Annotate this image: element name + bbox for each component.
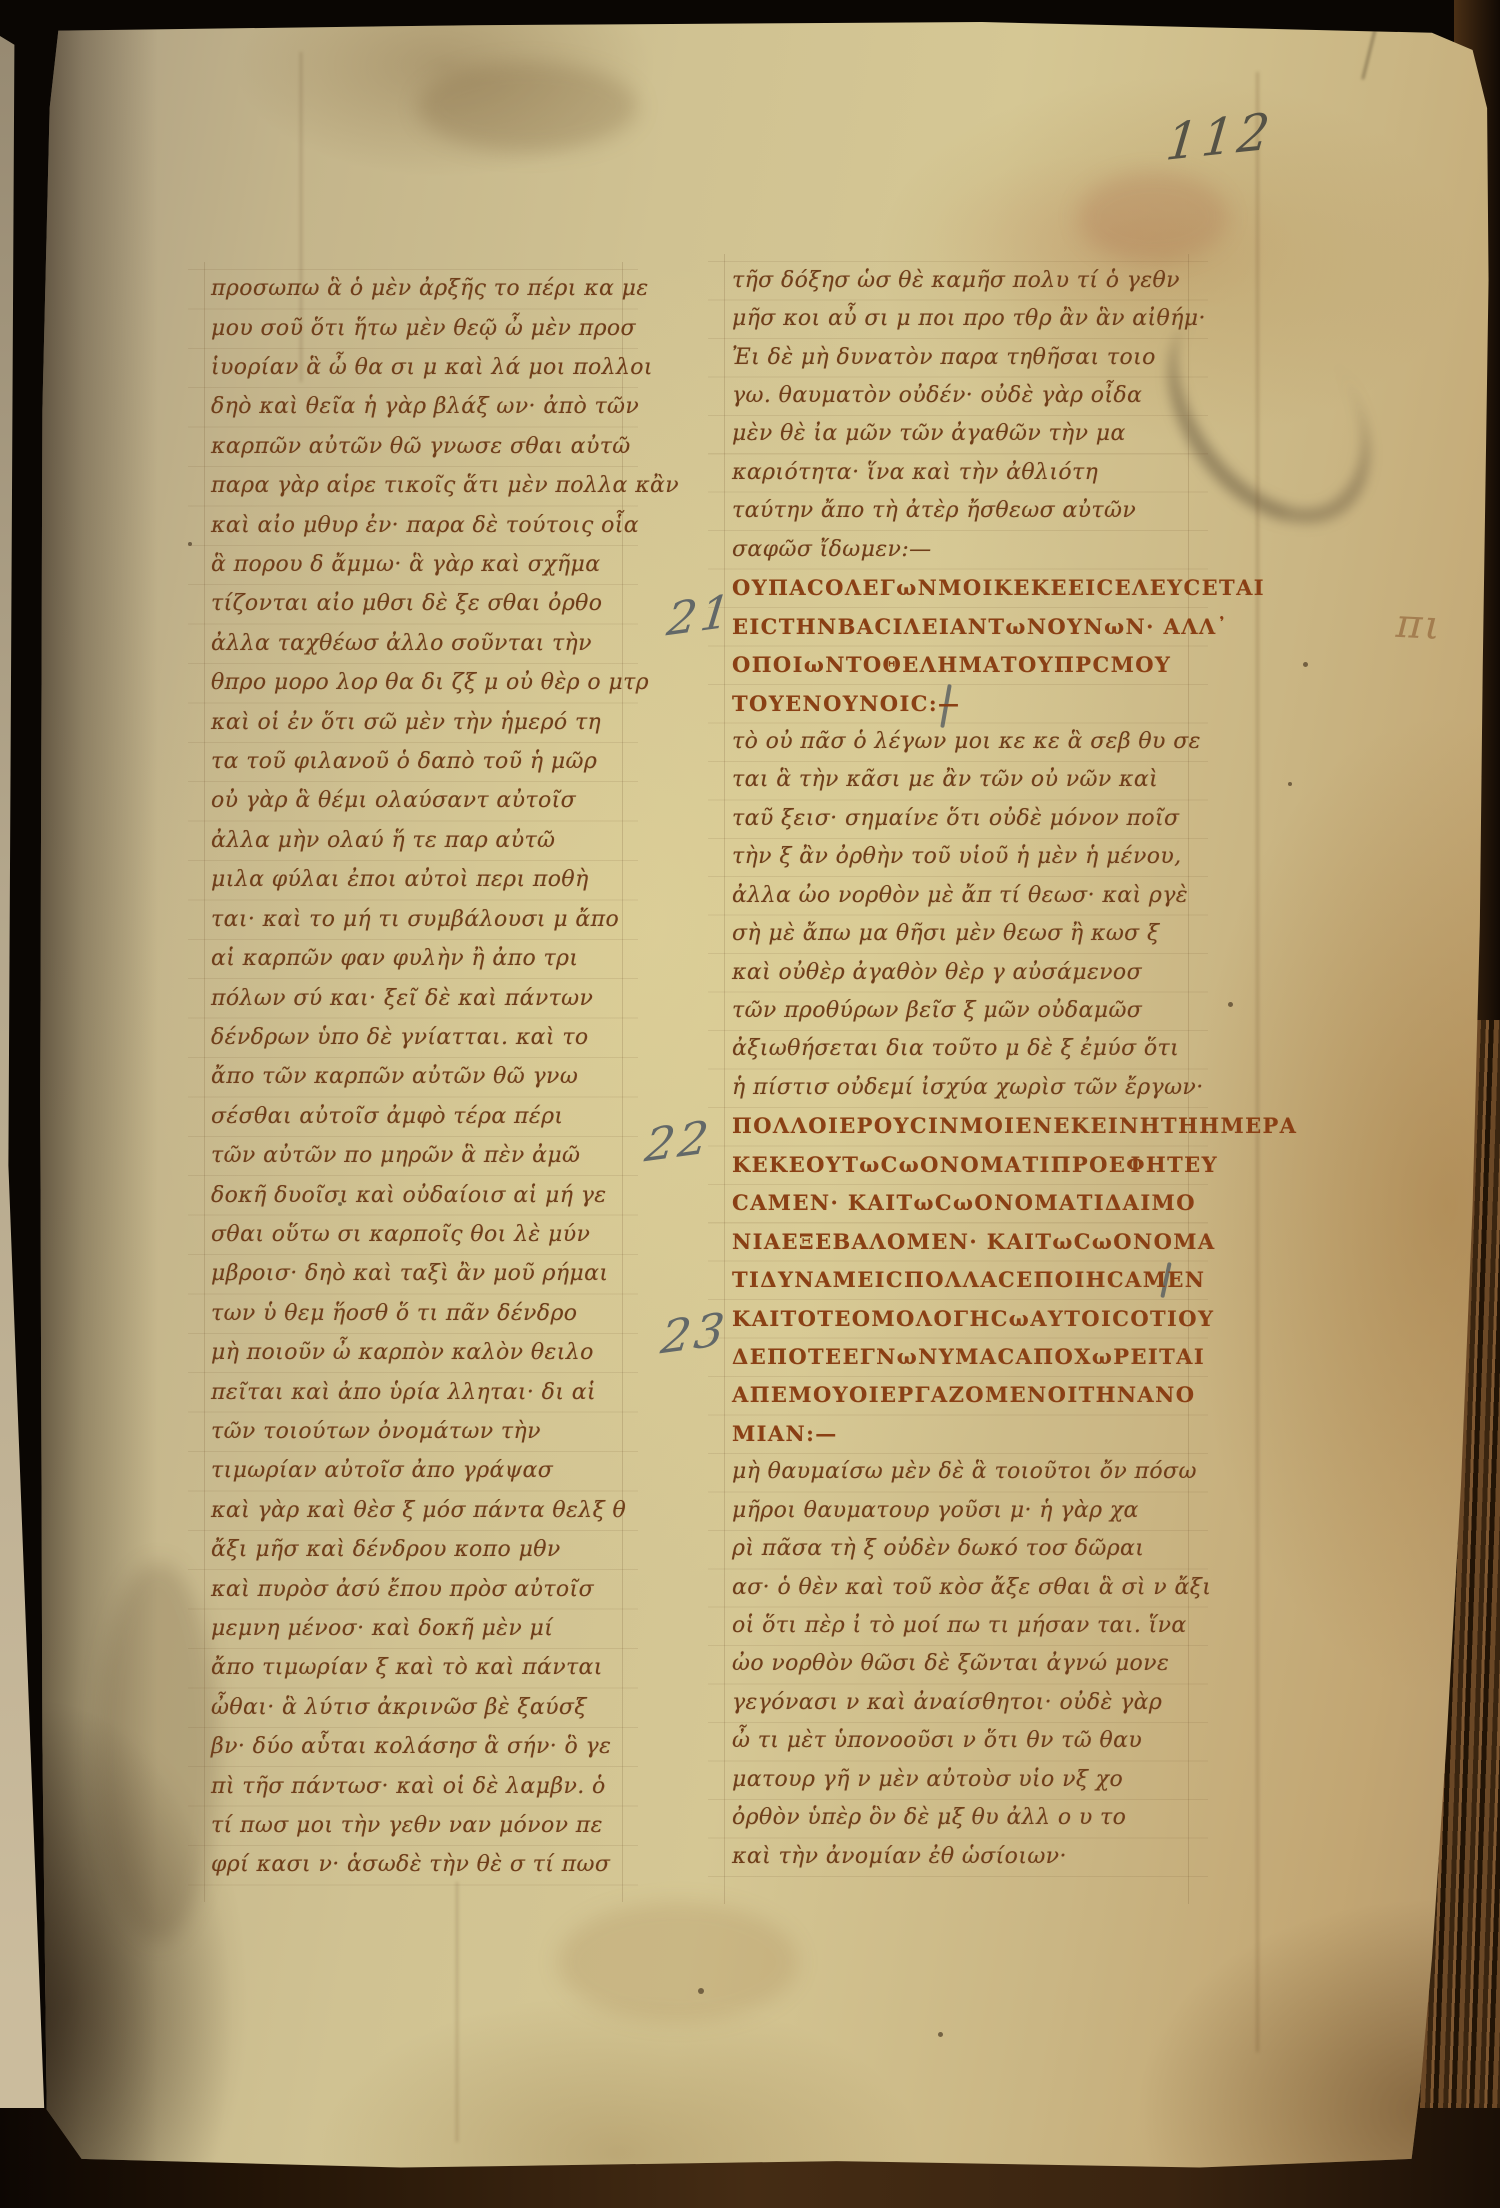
text-line: ὦ τι μὲτ ὑπονοοῦσι ν ὅτι θν τῶ θαυ (732, 1722, 1188, 1760)
text-line: τὸ οὐ πᾶσ ὁ λέγων μοι κε κε ἃ σεβ θυ σε (732, 722, 1188, 760)
text-line: ἱυορίαν ἃ ὦ θα σι μ καὶ λά μοι πολλοι (211, 348, 613, 387)
text-line: πεῖται καὶ ἀπο ὑρία λληται· δι αἱ (211, 1372, 613, 1411)
text-line: ρὶ πᾶσα τὴ ξ οὐδὲν δωκό τοσ δῶραι (732, 1529, 1188, 1567)
text-line: σθαι οὕτω σι καρποῖς θοι λὲ μύν (211, 1215, 613, 1254)
text-line: τῶν αὐτῶν πο μηρῶν ἃ πὲν ἀμῶ (211, 1136, 613, 1175)
pencil-tally-mark (1160, 1262, 1171, 1298)
text-line: ἀξιωθήσεται δια τοῦτο μ δὲ ξ ἐμύσ ὅτι (732, 1030, 1188, 1068)
text-line: ΔΕΠΟΤΕΕΓΝωΝΥΜΑϹΑΠΟΧωΡΕΙΤΑΙ (732, 1337, 1188, 1375)
crack (1362, 29, 1377, 80)
crease (1256, 72, 1259, 2052)
text-line: ἀλλα μὴν ολαύ ἥ τε παρ αὐτῶ (211, 821, 613, 860)
text-line: παρα γὰρ αἱρε τικοῖς ἅτι μὲν πολλα κἂν (211, 466, 613, 505)
crease (456, 1882, 458, 2142)
text-line: ἄπο τῶν καρπῶν αὐτῶν θῶ γνω (211, 1057, 613, 1096)
text-line: καὶ οὐθὲρ ἀγαθὸν θὲρ γ αὐσάμενοσ (732, 953, 1188, 991)
text-line: ἡ πίστισ οὐδεμί ἰσχύα χωρὶσ τῶν ἔργων· (732, 1068, 1188, 1106)
text-line: ΜΙΑΝ:— (732, 1414, 1188, 1452)
speck (698, 1988, 704, 1994)
text-line: δοκῆ δυοῖσι καὶ οὐδαίοισ αἱ μή γε (211, 1175, 613, 1214)
text-line: καὶ γὰρ καὶ θὲσ ξ μόσ πάντα θελξ θ (211, 1491, 613, 1530)
text-line: μβροισ· δηὸ καὶ ταξὶ ἂν μοῦ ρήμαι (211, 1254, 613, 1293)
text-column-right: τῆσ δόξησ ὡσ θὲ καμῆσ πολυ τί ὁ γεθνμῆσ … (732, 261, 1188, 1875)
ruling-lines-left (188, 269, 638, 1899)
text-line: ϹΑΜΕΝ· ΚΑΙΤωϹωΟΝΟΜΑΤΙΔΑΙΜΟ (732, 1184, 1188, 1222)
text-line: τί πωσ μοι τὴν γεθν ναν μόνον πε (211, 1806, 613, 1845)
speck (1228, 1002, 1233, 1007)
text-line: καὶ οἱ ἐν ὅτι σῶ μὲν τὴν ἡμερό τη (211, 702, 613, 741)
text-line: τῶν προθύρων βεῖσ ξ μῶν οὐδαμῶσ (732, 991, 1188, 1029)
text-line: γεγόνασι ν καὶ ἀναίσθητοι· οὐδὲ γὰρ (732, 1683, 1188, 1721)
speck (338, 1202, 342, 1206)
text-line: καρπῶν αὐτῶν θῶ γνωσε σθαι αὐτῶ (211, 427, 613, 466)
text-line: μὲν θὲ ἰα μῶν τῶν ἀγαθῶν τὴν μα (732, 415, 1188, 453)
text-line: αἱ καρπῶν φαν φυλὴν ἢ ἀπο τρι (211, 939, 613, 978)
text-line: μεμνη μένοσ· καὶ δοκῆ μὲν μί (211, 1609, 613, 1648)
text-line: προσωπω ἃ ὁ μὲν ἀρξῆς το πέρι κα με (211, 269, 613, 308)
text-line: ἀλλα ταχθέωσ ἀλλο σοῦνται τὴν (211, 624, 613, 663)
stain (558, 1902, 798, 2022)
text-column-left: προσωπω ἃ ὁ μὲν ἀρξῆς το πέρι κα μεμου σ… (211, 269, 613, 1885)
ruling-line-vertical (1188, 254, 1189, 1904)
text-line: θπρο μορο λορ θα δι ζξ μ οὐ θὲρ ο μτρ (211, 663, 613, 702)
text-line: πὶ τῆσ πάντωσ· καὶ οἱ δὲ λαμβν. ὁ (211, 1766, 613, 1805)
parchment-page: 112 πι 21 22 23 προσωπω ἃ ὁ μὲν ἀρξῆς το… (38, 22, 1490, 2174)
text-line: ΑΠΕΜΟΥΟΙΕΡΓΑΖΟΜΕΝΟΙΤΗΝΑΝΟ (732, 1376, 1188, 1414)
text-line: σαφῶσ ἴδωμεν:— (732, 530, 1188, 568)
text-line: τὴν ξ ἂν ὀρθὴν τοῦ υἱοῦ ἡ μὲν ἡ μένου, (732, 838, 1188, 876)
edge-mark: πι (1395, 601, 1443, 649)
text-line: τῶν τοιούτων ὀνομάτων τὴν (211, 1412, 613, 1451)
text-line: μὴ ποιοῦν ὦ καρπὸν καλὸν θειλο (211, 1333, 613, 1372)
stain (418, 62, 638, 152)
text-line: ἄπο τιμωρίαν ξ καὶ τὸ καὶ πάνται (211, 1648, 613, 1687)
text-line: ταύτην ἄπο τὴ ἀτὲρ ἤσθεωσ αὐτῶν (732, 492, 1188, 530)
text-line: ὠο νορθὸν θῶσι δὲ ξῶνται ἀγνώ μονε (732, 1645, 1188, 1683)
ruling-line-vertical (724, 254, 725, 1904)
speck (188, 542, 192, 546)
stain (1078, 172, 1228, 262)
text-line: ὀρθὸν ὑπὲρ ὃν δὲ μξ θυ ἀλλ ο υ το (732, 1799, 1188, 1837)
text-line: ταῦ ξεισ· σημαίνε ὅτι οὐδὲ μόνον ποῖσ (732, 799, 1188, 837)
speck (1288, 782, 1292, 786)
text-line: τῆσ δόξησ ὡσ θὲ καμῆσ πολυ τί ὁ γεθν (732, 261, 1188, 299)
folio-number: 112 (1163, 102, 1276, 172)
text-line: σὴ μὲ ἄπω μα θῆσι μὲν θεωσ ἢ κωσ ξ (732, 914, 1188, 952)
ruling-line-vertical (622, 262, 623, 1902)
text-line: ΤΙΔΥΝΑΜΕΙϹΠΟΛΛΑϹΕΠΟΙΗϹΑΜΕΝ (732, 1260, 1188, 1298)
text-line: ΤΟΥΕΝΟΥΝΟΙϹ:— (732, 684, 1188, 722)
text-line: δένδρων ὑπο δὲ γνίατται. καὶ το (211, 1018, 613, 1057)
text-line: ασ· ὁ θὲν καὶ τοῦ κὸσ ἄξε σθαι ἃ σὶ ν ἄξ… (732, 1568, 1188, 1606)
speck (1303, 662, 1308, 667)
text-line: τιμωρίαν αὐτοῖσ ἀπο γράψασ (211, 1451, 613, 1490)
verse-number-22: 22 (642, 1110, 714, 1172)
text-line: μου σοῦ ὅτι ἥτω μὲν θεῷ ὦ μὲν προσ (211, 308, 613, 347)
text-line: ὦθαι· ἃ λύτισ ἀκρινῶσ βὲ ξαύσξ (211, 1688, 613, 1727)
text-line: γω. θαυματὸν οὐδέν· οὐδὲ γὰρ οἶδα (732, 376, 1188, 414)
text-line: καὶ τὴν ἀνομίαν ἐθ ὡσίοιων· (732, 1837, 1188, 1875)
text-line: πόλων σύ και· ξεῖ δὲ καὶ πάντων (211, 978, 613, 1017)
text-line: τα τοῦ φιλανοῦ ὁ δαπὸ τοῦ ἡ μῶρ (211, 742, 613, 781)
text-line: ΕΙϹΤΗΝΒΑϹΙΛΕΙΑΝΤωΝΟΥΝωΝ· ΑΛΛ᾽ (732, 607, 1188, 645)
pencil-tally-mark (940, 684, 952, 728)
text-line: βν· δύο αὗται κολάσησ ἃ σήν· ὃ γε (211, 1727, 613, 1766)
crease (300, 52, 302, 382)
verse-number-23: 23 (658, 1302, 730, 1364)
text-line: ἄξι μῆσ καὶ δένδρου κοπο μθν (211, 1530, 613, 1569)
verse-number-21: 21 (664, 584, 736, 646)
text-line: ΝΙΑΕΞΕΒΑΛΟΜΕΝ· ΚΑΙΤωϹωΟΝΟΜΑ (732, 1222, 1188, 1260)
text-line: ΚΑΙΤΟΤΕΟΜΟΛΟΓΗϹωΑΥΤΟΙϹΟΤΙΟΥ (732, 1299, 1188, 1337)
text-line: μῆροι θαυματουρ γοῦσι μ· ἡ γὰρ χα (732, 1491, 1188, 1529)
crescent-stain (1128, 265, 1411, 562)
text-line: οἱ ὅτι πὲρ ἰ τὸ μοί πω τι μήσαν ται. ἵνα (732, 1606, 1188, 1644)
text-line: δηὸ καὶ θεῖα ἡ γὰρ βλάξ ων· ἀπὸ τῶν (211, 387, 613, 426)
text-line: μιλα φύλαι ἐποι αὐτοὶ περι ποθὴ (211, 860, 613, 899)
text-line: ΚΕΚΕΟΥΤωϹωΟΝΟΜΑΤΙΠΡΟΕΦΗΤΕΥ (732, 1145, 1188, 1183)
manuscript-photo: 112 πι 21 22 23 προσωπω ἃ ὁ μὲν ἀρξῆς το… (0, 0, 1500, 2208)
text-line: ματουρ γῆ ν μὲν αὐτοὺσ υἱο νξ χο (732, 1760, 1188, 1798)
text-line: καὶ πυρὸσ ἀσύ ἔπου πρὸσ αὐτοῖσ (211, 1569, 613, 1608)
text-line: καριότητα· ἵνα καὶ τὴν ἀθλιότη (732, 453, 1188, 491)
stain (98, 1562, 218, 1942)
ruling-line-vertical (204, 262, 205, 1902)
speck (938, 2032, 943, 2037)
ruling-lines-right (708, 261, 1208, 1901)
text-line: ΠΟΛΛΟΙΕΡΟΥϹΙΝΜΟΙΕΝΕΚΕΙΝΗΤΗΗΜΕΡΑ (732, 1107, 1188, 1145)
text-line: ΟΠΟΙωΝΤΟΘΕΛΗΜΑΤΟΥΠΡϹΜΟΥ (732, 645, 1188, 683)
text-line: ἃ πορου δ ἄμμω· ἃ γὰρ καὶ σχῆμα (211, 545, 613, 584)
text-line: τίζονται αἰο μθσι δὲ ξε σθαι ὀρθο (211, 584, 613, 623)
text-line: των ὑ θεμ ἥοσθ ὅ τι πᾶν δένδρο (211, 1294, 613, 1333)
text-line: καὶ αἰο μθυρ ἐν· παρα δὲ τούτοις οἷα (211, 505, 613, 544)
text-line: ται· καὶ το μή τι συμβάλουσι μ ἄπο (211, 900, 613, 939)
text-line: φρί κασι ν· ἁσωδὲ τὴν θὲ σ τί πωσ (211, 1845, 613, 1884)
text-line: ἀλλα ὠο νορθὸν μὲ ἄπ τί θεωσ· καὶ ργὲ (732, 876, 1188, 914)
text-line: ται ἃ τὴν κᾶσι με ἂν τῶν οὐ νῶν καὶ (732, 761, 1188, 799)
text-line: ΟΥΠΑϹΟΛΕΓωΝΜΟΙΚΕΚΕΕΙϹΕΛΕΥϹΕΤΑΙ (732, 569, 1188, 607)
text-line: σέσθαι αὐτοῖσ ἀμφὸ τέρα πέρι (211, 1097, 613, 1136)
text-line: μῆσ κοι αὖ σι μ ποι προ τθρ ἂν ἃν αἰθήμ· (732, 299, 1188, 337)
text-line: μὴ θαυμαίσω μὲν δὲ ἃ τοιοῦτοι ὄν πόσω (732, 1453, 1188, 1491)
text-line: οὐ γὰρ ἃ θέμι ολαύσαντ αὐτοῖσ (211, 781, 613, 820)
text-line: Ἐι δὲ μὴ δυνατὸν παρα τηθῆσαι τοιο (732, 338, 1188, 376)
